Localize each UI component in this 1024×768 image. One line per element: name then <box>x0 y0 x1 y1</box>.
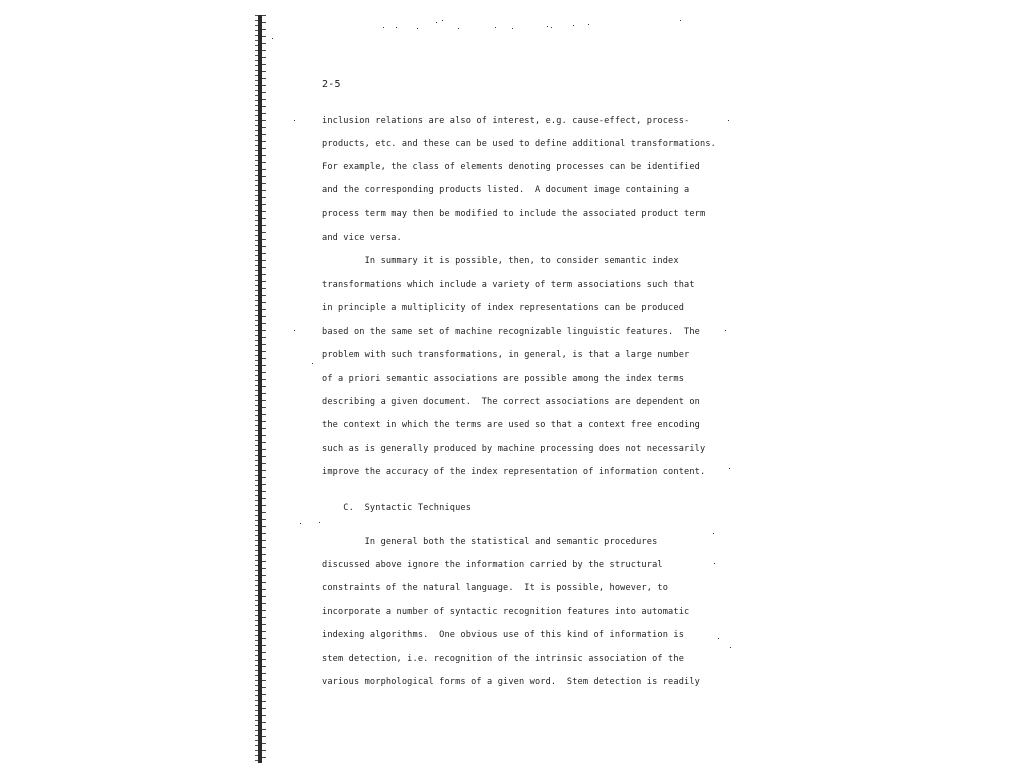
text-line: transformations which include a variety … <box>322 280 695 290</box>
scan-speck <box>728 120 729 121</box>
text-line: of a priori semantic associations are po… <box>322 374 684 384</box>
scan-speck <box>680 20 681 21</box>
text-line: in principle a multiplicity of index rep… <box>322 303 684 313</box>
scan-speck <box>729 468 730 469</box>
scan-speck <box>312 363 313 364</box>
text-line: the context in which the terms are used … <box>322 420 700 430</box>
text-line: process term may then be modified to inc… <box>322 209 705 219</box>
text-line: inclusion relations are also of interest… <box>322 116 689 126</box>
scan-speck <box>547 26 548 27</box>
scan-speck <box>512 28 513 29</box>
section-heading: C. Syntactic Techniques <box>322 503 471 513</box>
text-line: and the corresponding products listed. A… <box>322 185 689 195</box>
scan-speck <box>458 28 459 29</box>
scan-speck <box>436 22 437 23</box>
text-line: improve the accuracy of the index repres… <box>322 467 705 477</box>
scan-speck <box>294 330 295 331</box>
scan-speck <box>294 120 295 121</box>
text-line: based on the same set of machine recogni… <box>322 327 700 337</box>
text-line: products, etc. and these can be used to … <box>322 139 716 149</box>
text-line: indexing algorithms. One obvious use of … <box>322 630 684 640</box>
scan-speck <box>718 638 719 639</box>
text-line: various morphological forms of a given w… <box>322 677 700 687</box>
text-line: In general both the statistical and sema… <box>322 537 657 547</box>
scan-speck <box>725 330 726 331</box>
text-line: In summary it is possible, then, to cons… <box>322 256 679 266</box>
scan-speck <box>417 28 418 29</box>
text-line: such as is generally produced by machine… <box>322 444 705 454</box>
scan-speck <box>442 20 443 21</box>
scan-speck <box>551 27 552 28</box>
scan-speck <box>714 563 715 564</box>
scan-speck <box>730 647 731 648</box>
scan-speck <box>588 24 589 25</box>
scan-speck <box>573 25 574 26</box>
text-line: incorporate a number of syntactic recogn… <box>322 607 689 617</box>
scan-binding-edge <box>258 15 262 763</box>
text-line: For example, the class of elements denot… <box>322 162 700 172</box>
text-line: stem detection, i.e. recognition of the … <box>322 654 684 664</box>
scan-speck <box>495 27 496 28</box>
scan-speck <box>396 27 397 28</box>
scan-speck <box>272 38 273 39</box>
page-number: 2-5 <box>322 79 341 90</box>
text-line: constraints of the natural language. It … <box>322 583 668 593</box>
text-line: problem with such transformations, in ge… <box>322 350 689 360</box>
scan-speck <box>713 533 714 534</box>
text-line: discussed above ignore the information c… <box>322 560 663 570</box>
text-line: and vice versa. <box>322 233 402 243</box>
scan-speck <box>319 522 320 523</box>
scan-speck <box>383 27 384 28</box>
text-line: describing a given document. The correct… <box>322 397 700 407</box>
scan-speck <box>300 523 301 524</box>
